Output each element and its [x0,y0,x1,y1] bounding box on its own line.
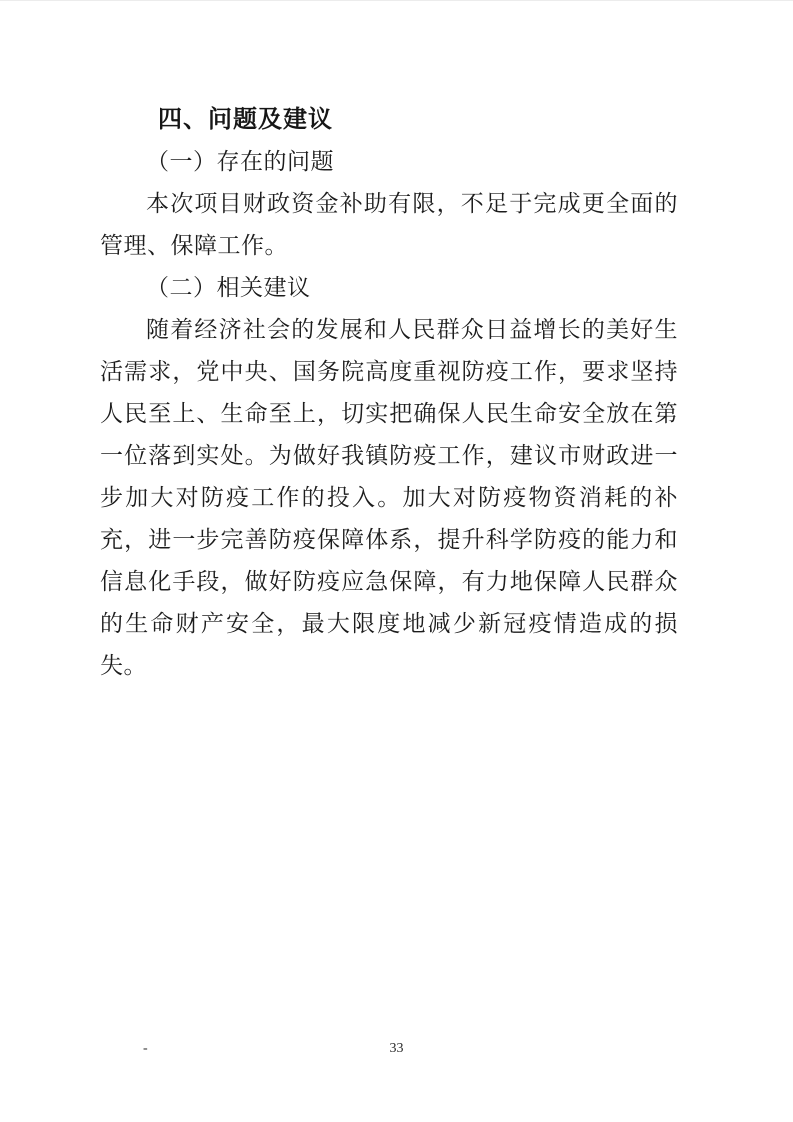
section-heading: 四、问题及建议 [100,99,678,141]
paragraph-problems: 本次项目财政资金补助有限，不足于完成更全面的管理、保障工作。 [100,183,678,267]
subsection-heading-suggestions: （二）相关建议 [100,267,678,309]
document-page: 四、问题及建议 （一）存在的问题 本次项目财政资金补助有限，不足于完成更全面的管… [0,0,793,1122]
subsection-heading-problems: （一）存在的问题 [100,141,678,183]
document-body: 四、问题及建议 （一）存在的问题 本次项目财政资金补助有限，不足于完成更全面的管… [100,99,678,687]
page-number: 33 [0,1039,793,1059]
paragraph-suggestions: 随着经济社会的发展和人民群众日益增长的美好生活需求，党中央、国务院高度重视防疫工… [100,309,678,687]
page-footer: - 33 [0,1039,793,1059]
